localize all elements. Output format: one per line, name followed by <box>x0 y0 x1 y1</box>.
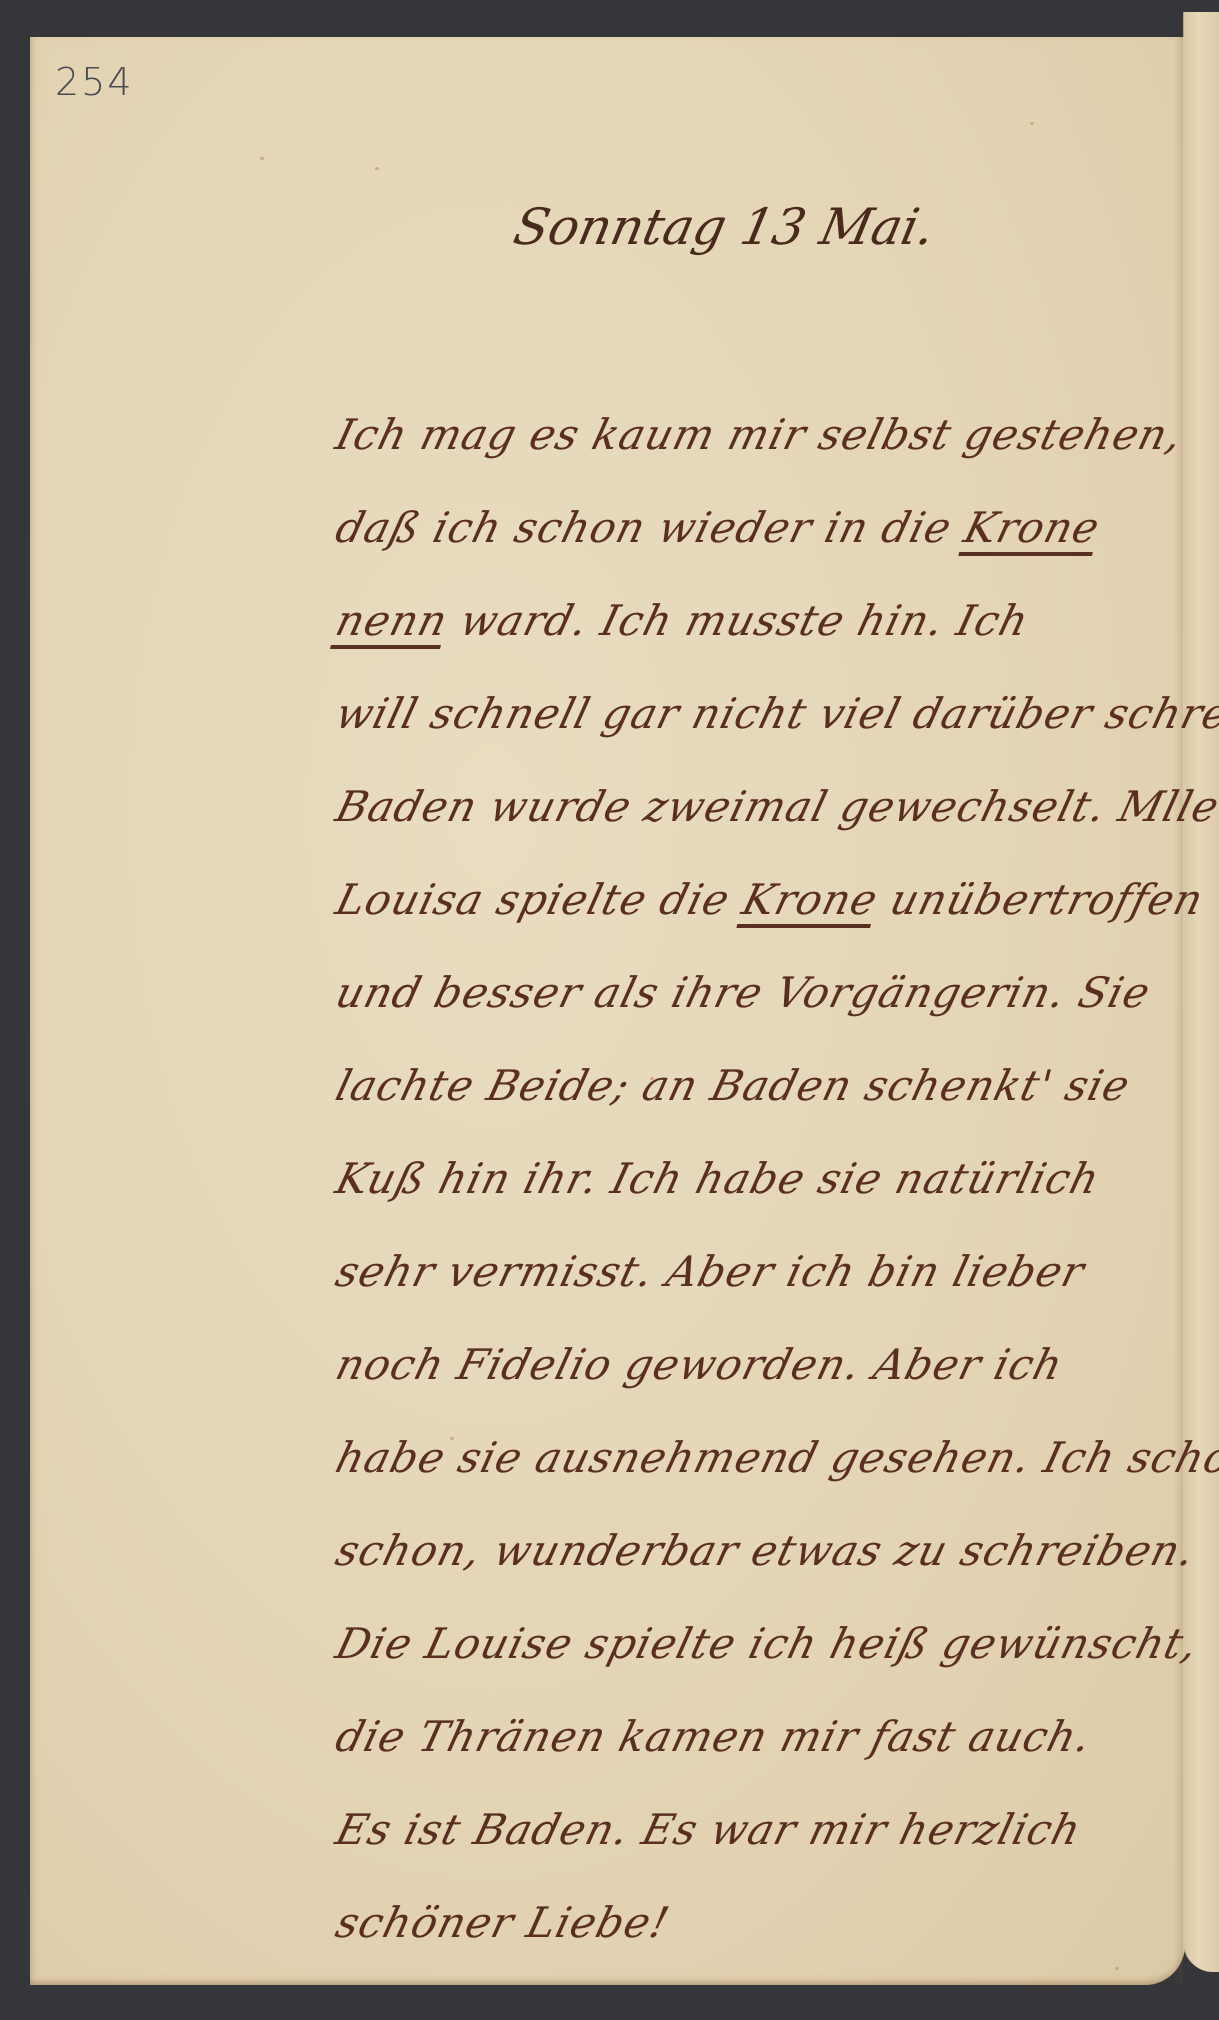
text-line: Baden wurde zweimal gewechselt. Mlle <box>320 782 1183 875</box>
text-line: Ich mag es kaum mir selbst gestehen, <box>320 410 1183 503</box>
text-line: daß ich schon wieder in die Krone <box>320 503 1183 596</box>
text-line-part: daß ich schon wieder in die Krone <box>331 503 1105 552</box>
scan-background: 254 Sonntag 13 Mai. Ich mag es kaum mir … <box>0 0 1219 2020</box>
gutter-shadow <box>1173 37 1183 1985</box>
underlined-word: nenn <box>331 596 453 645</box>
text-line: nenn ward. Ich musste hin. Ich <box>320 596 1183 689</box>
text-line: die Thränen kamen mir fast auch. <box>320 1712 1183 1805</box>
entry-date-heading: Sonntag 13 Mai. <box>509 198 940 256</box>
underlined-word: Krone <box>737 875 883 924</box>
text-line: Die Louise spielte ich heiß gewünscht, <box>320 1619 1183 1712</box>
text-line: sehr vermisst. Aber ich bin lieber <box>320 1247 1183 1340</box>
text-line: will schnell gar nicht viel darüber schr… <box>320 689 1183 782</box>
facing-page-edge <box>1183 12 1219 1972</box>
text-line: schöner Liebe! <box>320 1898 1183 1991</box>
underlined-word: Krone <box>959 503 1105 552</box>
text-line: Kuß hin ihr. Ich habe sie natürlich <box>320 1154 1183 1247</box>
text-line: noch Fidelio geworden. Aber ich <box>320 1340 1183 1433</box>
handwritten-body: Ich mag es kaum mir selbst gestehen, daß… <box>320 410 1160 1991</box>
paper-speck <box>375 167 379 170</box>
text-line: und besser als ihre Vorgängerin. Sie <box>320 968 1183 1061</box>
text-line: schon, wunderbar etwas zu schreiben. <box>320 1526 1183 1619</box>
text-line: Louisa spielte die Krone unübertroffen <box>320 875 1183 968</box>
text-line: habe sie ausnehmend gesehen. Ich schon <box>320 1433 1183 1526</box>
text-line: lachte Beide; an Baden schenkt' sie <box>320 1061 1183 1154</box>
paper-speck <box>260 157 264 160</box>
paper-speck <box>1030 122 1034 125</box>
text-line: Es ist Baden. Es war mir herzlich <box>320 1805 1183 1898</box>
page-number: 254 <box>55 60 134 104</box>
